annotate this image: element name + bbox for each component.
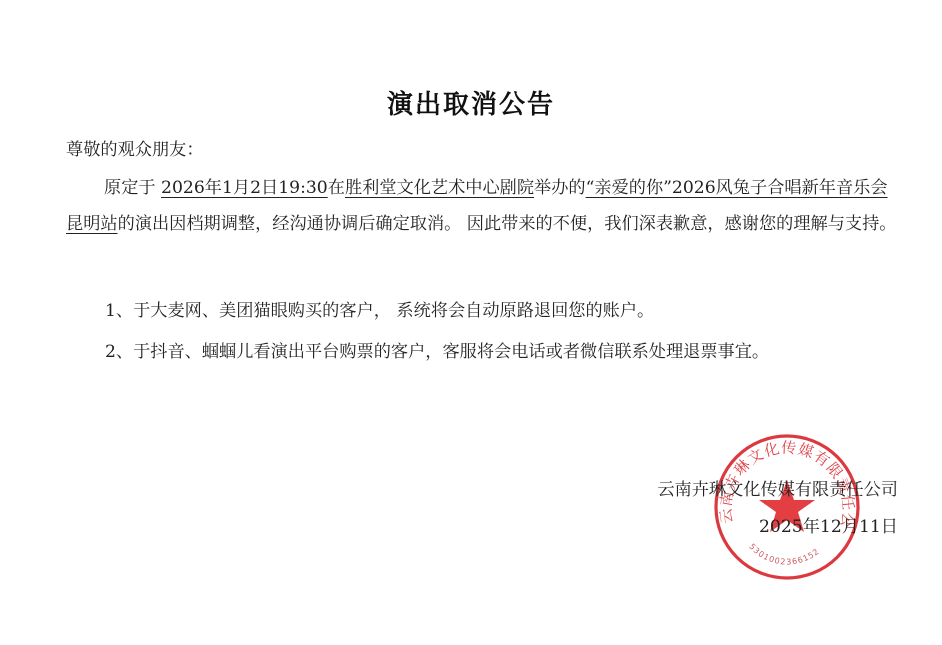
signature-date: 2025年12月11日 — [759, 512, 898, 537]
signature-company: 云南卉琳文化传媒有限责任公司 — [657, 475, 898, 500]
seal-number: 5301002366152 — [747, 542, 821, 567]
svg-text:5301002366152: 5301002366152 — [747, 542, 821, 567]
body-held: 举办的 — [534, 178, 586, 198]
body-prefix: 原定于 — [104, 178, 161, 198]
company-seal-icon: 云南卉琳文化传媒有限责任公司 5301002366152 — [712, 432, 862, 582]
greeting: 尊敬的观众朋友： — [66, 132, 906, 168]
announcement-body: 原定于 2026年1月2日19:30在胜利堂文化艺术中心剧院举办的“亲爱的你”2… — [66, 170, 906, 242]
event-venue: 胜利堂文化艺术中心剧院 — [345, 178, 534, 198]
body-at: 在 — [328, 178, 345, 198]
body-rest: 的演出因档期调整，经沟通协调后确定取消。 因此带来的不便，我们深表歉意，感谢您的… — [118, 214, 897, 234]
refund-item-2: 2、于抖音、蝈蝈儿看演出平台购票的客户，客服将会电话或者微信联系处理退票事宜。 — [105, 337, 769, 362]
refund-item-1: 1、于大麦网、美团猫眼购买的客户， 系统将会自动原路退回您的账户。 — [105, 296, 654, 321]
event-datetime: 2026年1月2日19:30 — [161, 178, 328, 198]
page-title: 演出取消公告 — [0, 84, 942, 121]
